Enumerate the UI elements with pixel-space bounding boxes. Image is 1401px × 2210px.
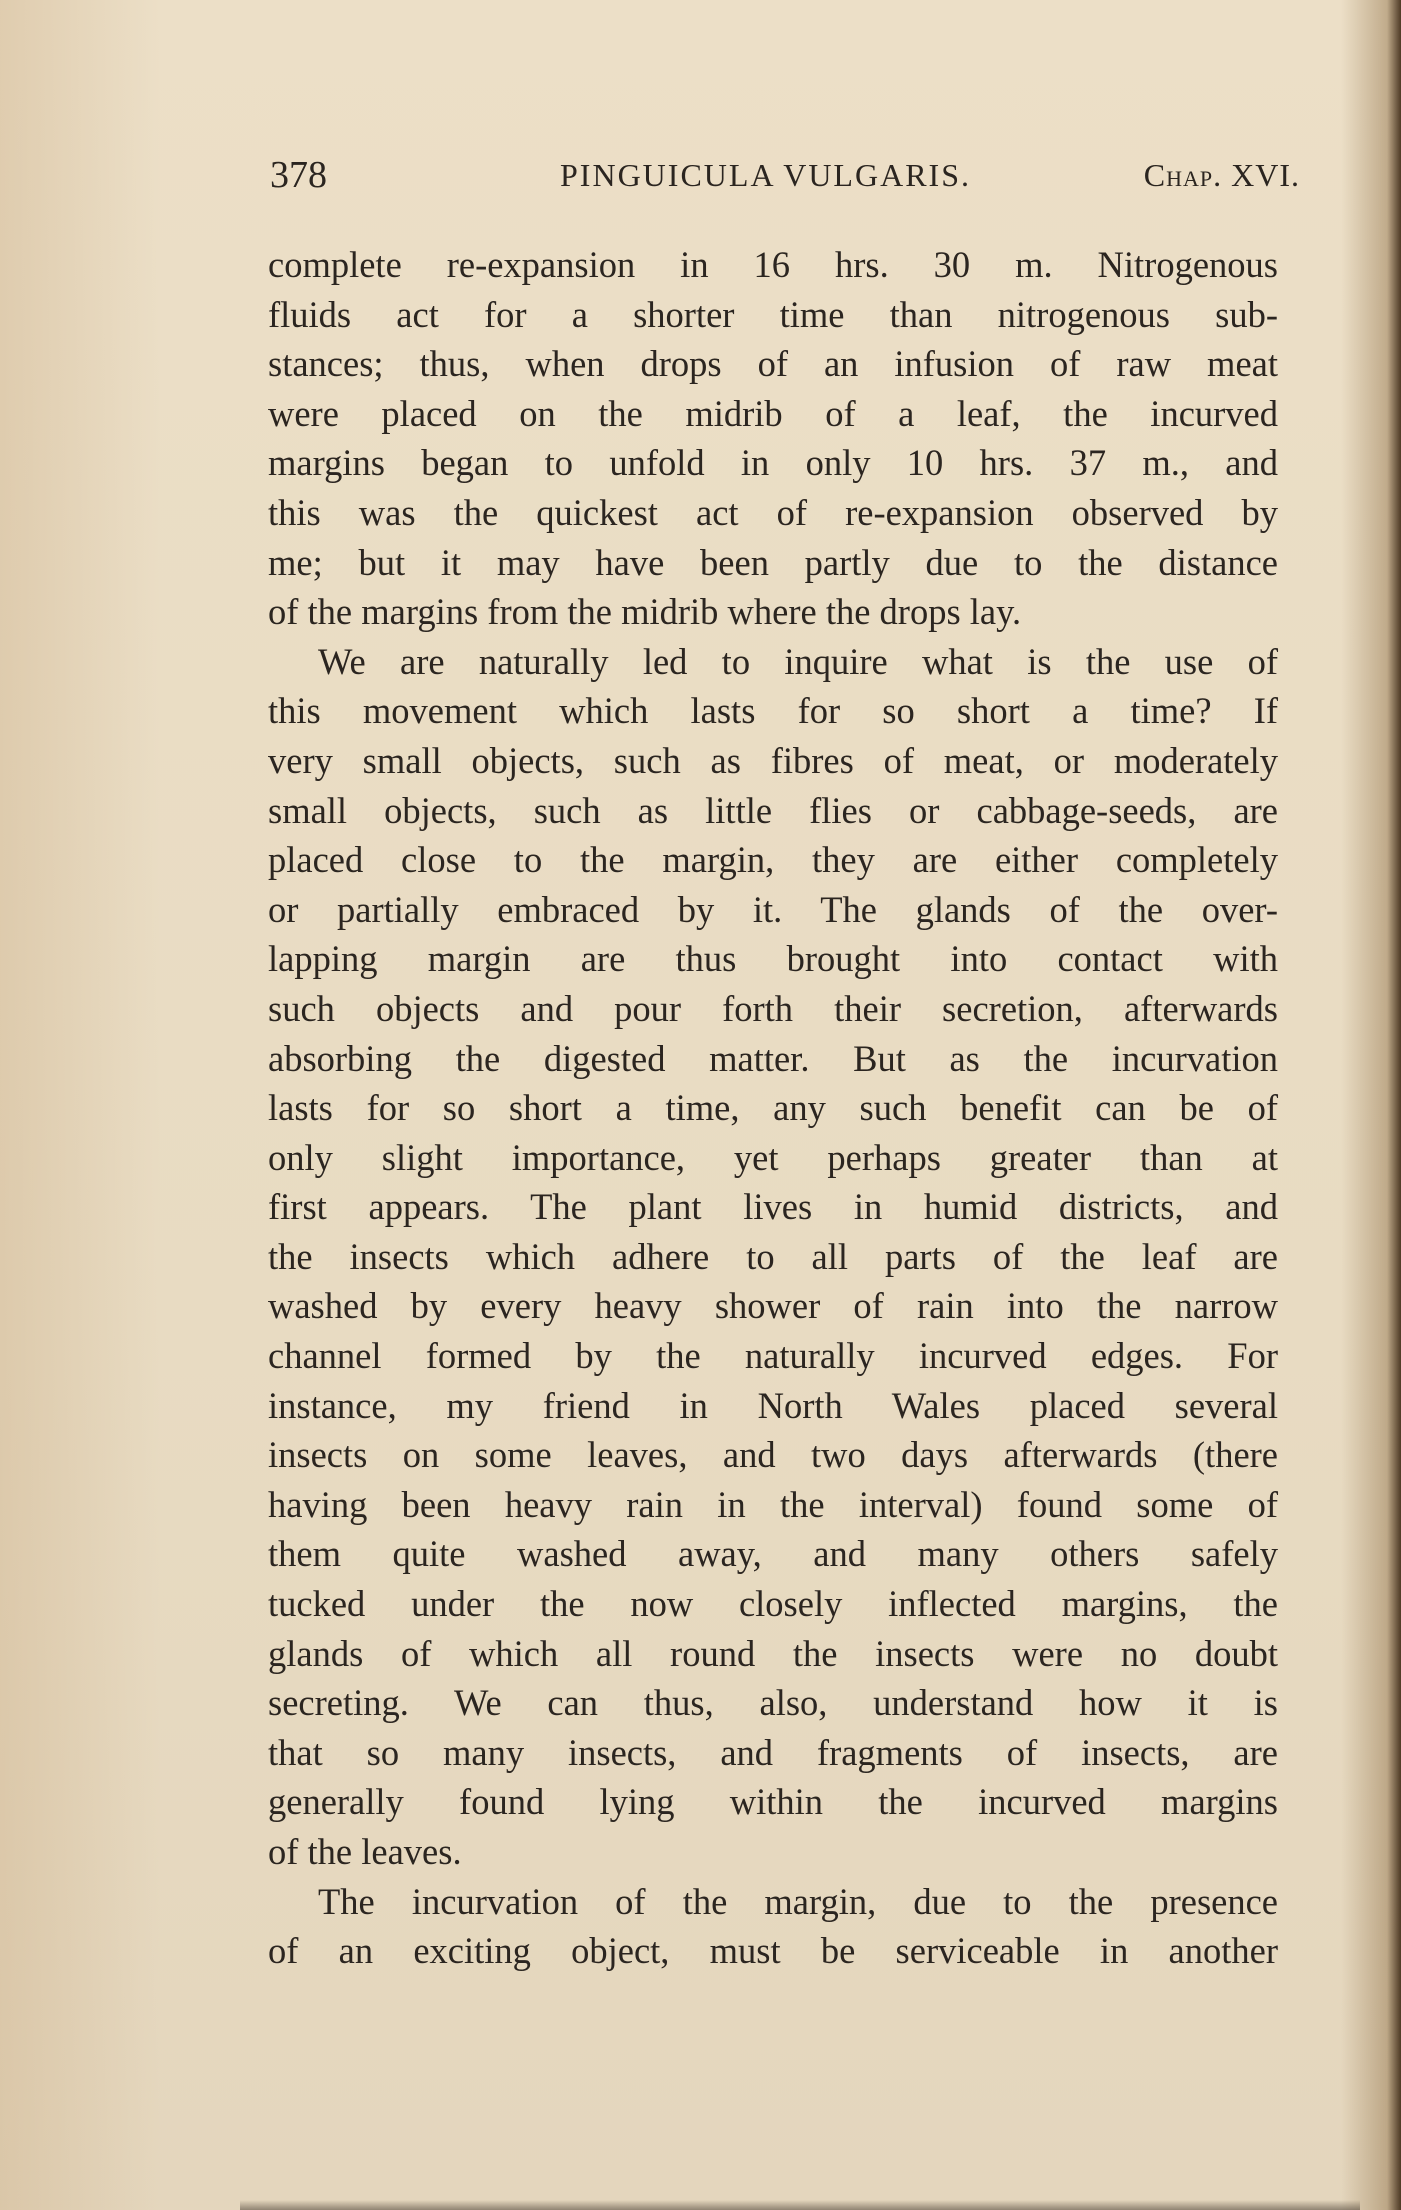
text-line: tucked under the now closely inflected m… — [268, 1579, 1278, 1629]
text-line: such objects and pour forth their secret… — [268, 984, 1278, 1034]
text-line: them quite washed away, and many others … — [268, 1529, 1278, 1579]
text-line: margins began to unfold in only 10 hrs. … — [268, 438, 1278, 488]
text-line: this movement which lasts for so short a… — [268, 686, 1278, 736]
text-line: first appears. The plant lives in humid … — [268, 1182, 1278, 1232]
text-line: We are naturally led to inquire what is … — [268, 637, 1278, 687]
paragraph: The incurvation of the margin, due to th… — [268, 1877, 1278, 1976]
running-header: 378 PINGUICULA VULGARIS. Chap. XVI. — [270, 150, 1300, 200]
text-line: generally found lying within the incurve… — [268, 1777, 1278, 1827]
body-text: complete re-expansion in 16 hrs. 30 m. N… — [268, 240, 1278, 1976]
text-line: very small objects, such as fibres of me… — [268, 736, 1278, 786]
text-line: stances; thus, when drops of an infusion… — [268, 339, 1278, 389]
text-line: insects on some leaves, and two days aft… — [268, 1430, 1278, 1480]
paragraph: complete re-expansion in 16 hrs. 30 m. N… — [268, 240, 1278, 637]
text-line: the insects which adhere to all parts of… — [268, 1232, 1278, 1282]
text-line: secreting. We can thus, also, understand… — [268, 1678, 1278, 1728]
page-bottom-edge — [240, 2200, 1360, 2210]
text-line: lapping margin are thus brought into con… — [268, 934, 1278, 984]
text-line: that so many insects, and fragments of i… — [268, 1728, 1278, 1778]
text-line: me; but it may have been partly due to t… — [268, 538, 1278, 588]
text-line: only slight importance, yet perhaps grea… — [268, 1133, 1278, 1183]
chapter-label: Chap. XVI. — [1144, 150, 1300, 200]
text-line: or partially embraced by it. The glands … — [268, 885, 1278, 935]
text-line: channel formed by the naturally incurved… — [268, 1331, 1278, 1381]
text-line: The incurvation of the margin, due to th… — [268, 1877, 1278, 1927]
text-line: placed close to the margin, they are eit… — [268, 835, 1278, 885]
text-line: glands of which all round the insects we… — [268, 1629, 1278, 1679]
text-line: lasts for so short a time, any such bene… — [268, 1083, 1278, 1133]
text-line: having been heavy rain in the interval) … — [268, 1480, 1278, 1530]
text-line: of the margins from the midrib where the… — [268, 587, 1278, 637]
text-line: fluids act for a shorter time than nitro… — [268, 290, 1278, 340]
text-line: of the leaves. — [268, 1827, 1278, 1877]
text-line: washed by every heavy shower of rain int… — [268, 1281, 1278, 1331]
text-line: were placed on the midrib of a leaf, the… — [268, 389, 1278, 439]
text-line: absorbing the digested matter. But as th… — [268, 1034, 1278, 1084]
text-line: of an exciting object, must be serviceab… — [268, 1926, 1278, 1976]
running-title: PINGUICULA VULGARIS. — [560, 150, 971, 200]
text-line: complete re-expansion in 16 hrs. 30 m. N… — [268, 240, 1278, 290]
book-page: 378 PINGUICULA VULGARIS. Chap. XVI. comp… — [0, 0, 1401, 2210]
page-number: 378 — [270, 150, 327, 200]
paragraph: We are naturally led to inquire what is … — [268, 637, 1278, 1877]
text-line: this was the quickest act of re-expansio… — [268, 488, 1278, 538]
text-line: small objects, such as little flies or c… — [268, 786, 1278, 836]
text-line: instance, my friend in North Wales place… — [268, 1381, 1278, 1431]
